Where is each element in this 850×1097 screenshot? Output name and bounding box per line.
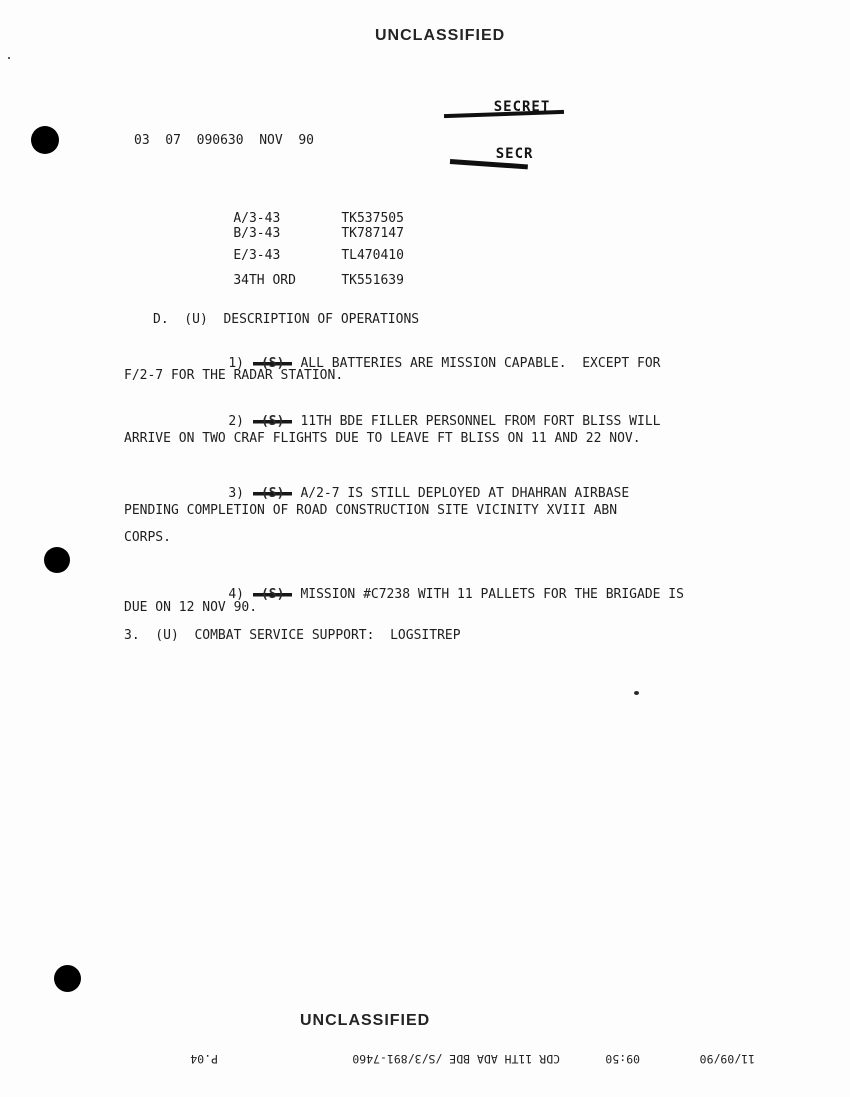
scan-speck xyxy=(634,691,639,695)
paragraph-number: 2) xyxy=(228,414,244,429)
scan-speck xyxy=(8,57,10,59)
redacted-classification-mark: (S) xyxy=(253,486,292,501)
fax-page-number: P.04 xyxy=(190,1052,218,1066)
unit-cell: 34TH ORD xyxy=(233,273,341,288)
paragraph-text: A/2-7 IS STILL DEPLOYED AT DHAHRAN AIRBA… xyxy=(300,486,629,501)
table-row: 34TH ORDTK551639 xyxy=(202,258,404,303)
coord-cell: TK551639 xyxy=(341,273,404,288)
redacted-classification-mark: (S) xyxy=(253,414,292,429)
fax-header-upside-down: 11/09/90 09:50 CDR 11TH ADA BDE /S/3/891… xyxy=(90,1050,760,1068)
paragraph-text: MISSION #C7238 WITH 11 PALLETS FOR THE B… xyxy=(300,587,684,602)
fax-sender: CDR 11TH ADA BDE /S/3/891-7460 xyxy=(352,1052,560,1066)
top-classification-banner: UNCLASSIFIED xyxy=(375,27,505,45)
dtg-line: 03 07 090630 NOV 90 xyxy=(134,133,314,148)
paragraph-number: 3) xyxy=(228,486,244,501)
redacted-classification-mark: (S) xyxy=(253,587,292,602)
secret-stamp-bottom-text: SECR xyxy=(496,146,534,162)
paragraph-3-continuation: CORPS. xyxy=(124,530,171,545)
paragraph-3-continuation: PENDING COMPLETION OF ROAD CONSTRUCTION … xyxy=(124,503,617,518)
secret-stamp-bottom: SECR xyxy=(458,130,533,194)
hole-punch-mark xyxy=(54,965,81,992)
fax-time: 09:50 xyxy=(605,1052,640,1066)
paragraph-text: ALL BATTERIES ARE MISSION CAPABLE. EXCEP… xyxy=(300,356,660,371)
paragraph-4-first-line: 4)(S)MISSION #C7238 WITH 11 PALLETS FOR … xyxy=(197,572,684,617)
paragraph-2-continuation: ARRIVE ON TWO CRAF FLIGHTS DUE TO LEAVE … xyxy=(124,431,641,446)
scanned-document-page: UNCLASSIFIED SECRET 03 07 090630 NOV 90 … xyxy=(0,0,850,1097)
paragraph-text: 11TH BDE FILLER PERSONNEL FROM FORT BLIS… xyxy=(300,414,660,429)
hole-punch-mark xyxy=(31,126,59,154)
paragraph-4-continuation: DUE ON 12 NOV 90. xyxy=(124,600,257,615)
section-3-line: 3. (U) COMBAT SERVICE SUPPORT: LOGSITREP xyxy=(124,628,461,643)
bottom-classification-banner: UNCLASSIFIED xyxy=(300,1012,430,1030)
section-d-heading: D. (U) DESCRIPTION OF OPERATIONS xyxy=(153,312,419,327)
paragraph-1-continuation: F/2-7 FOR THE RADAR STATION. xyxy=(124,368,343,383)
hole-punch-mark xyxy=(44,547,70,573)
fax-date: 11/09/90 xyxy=(700,1052,755,1066)
